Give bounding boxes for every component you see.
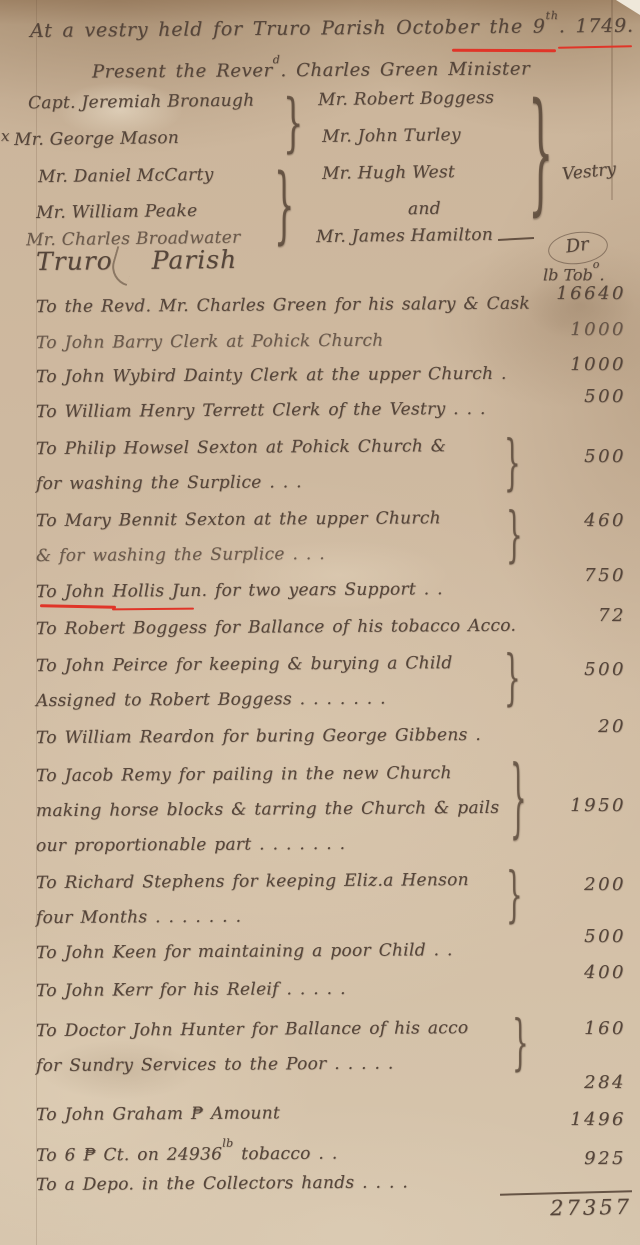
attendee-mid-brace: }	[274, 163, 294, 246]
entry-amount: 750	[516, 565, 626, 586]
entry-line: Assigned to Robert Boggess . . . . . . .	[36, 680, 634, 719]
ledger-entry: To John Hollis Jun. for two years Suppor…	[36, 573, 634, 608]
tobacco-column-header: lb Tobo.	[543, 264, 604, 284]
ledger-entry: To William Henry Terrett Clerk of the Ve…	[36, 393, 634, 428]
entry-amount: 1496	[516, 1109, 626, 1130]
attendee-name: Mr. James Hamilton	[316, 225, 493, 247]
present-line-sup: d	[273, 53, 281, 66]
attendee-mid-brace: }	[283, 90, 303, 154]
check-mark: x	[1, 127, 10, 145]
present-line-text: Present the Rever	[92, 60, 273, 82]
entry-amount: 500	[516, 926, 626, 947]
total-amount: 27357	[502, 1195, 632, 1221]
tobacco-column-header-sup: o	[593, 258, 600, 271]
red-underline-year	[558, 45, 632, 49]
minister-name: . Charles Green Minister	[280, 58, 530, 81]
entry-amount: 72	[516, 605, 626, 626]
entry-amount: 460	[516, 510, 626, 531]
entry-amount: 1000	[516, 354, 626, 375]
header-line1-text: At a vestry held for Truro Parish	[30, 17, 396, 42]
entry-amount: 500	[516, 659, 626, 680]
manuscript-page: At a vestry held for Truro Parish Octobe…	[0, 0, 640, 1245]
section-title-text: Truro Parish	[36, 245, 237, 276]
vestry-brace: }	[528, 88, 553, 220]
entry-line: To Jacob Remy for pailing in the new Chu…	[36, 755, 634, 794]
ledger-entry: To Jacob Remy for pailing in the new Chu…	[36, 757, 634, 862]
entry-line-text: tobacco . .	[233, 1144, 337, 1165]
attendee-and: and	[408, 199, 441, 219]
ledger-entry: To Robert Boggess for Ballance of his to…	[36, 610, 634, 645]
header-date: October the 9	[396, 15, 546, 38]
page-top-right-corner	[616, 0, 640, 15]
ledger-entry: To the Revd. Mr. Charles Green for his s…	[36, 288, 634, 323]
entry-amount: 284	[516, 1072, 626, 1093]
entry-amount: 1950	[516, 795, 626, 816]
attendee-name: Mr. John Turley	[322, 125, 461, 147]
header-line1: At a vestry held for Truro Parish Octobe…	[30, 14, 634, 42]
entry-amount: 400	[516, 962, 626, 983]
attendee-name: Mr. Robert Boggess	[318, 88, 494, 110]
entry-line-text: To 6 ₱ Ct. on 24936	[36, 1144, 222, 1165]
entry-amount: 16640	[516, 283, 626, 304]
entry-amount: 20	[516, 716, 626, 737]
pounds-superscript: lb	[222, 1137, 233, 1150]
ledger-entry: To John Kerr for his Releif . . . . . 40…	[36, 972, 634, 1007]
attendee-name: Capt. Jeremiah Bronaugh	[28, 91, 255, 114]
entry-line: our proportionable part . . . . . . .	[36, 825, 634, 864]
ledger-entry: To Richard Stephens for keeping Eliz.a H…	[36, 864, 634, 934]
tobacco-column-header-text: lb Tob	[543, 265, 593, 284]
attendee-name: Mr. William Peake	[36, 201, 198, 223]
ledger-entry: To Mary Bennit Sexton at the upper Churc…	[36, 502, 634, 572]
vestry-label: Vestry	[561, 159, 617, 185]
entry-amount: 500	[516, 446, 626, 467]
entry-amount: 925	[516, 1148, 626, 1169]
entry-line: for washing the Surplice . . .	[36, 463, 634, 502]
entry-amount: 160	[516, 1018, 626, 1039]
hamilton-dash	[498, 237, 534, 241]
header-date-ordinal: th	[546, 9, 559, 22]
red-underline-date	[452, 49, 556, 53]
ledger-entry: To John Peirce for keeping & burying a C…	[36, 647, 634, 717]
attendee-name: Mr. Daniel McCarty	[38, 165, 214, 187]
tobacco-column-header-dot: .	[599, 265, 604, 284]
attendee-name: Mr. George Mason	[14, 128, 179, 150]
debit-mark: Dr	[546, 228, 609, 267]
present-line: Present the Reverd. Charles Green Minist…	[92, 57, 530, 82]
section-title: Truro Parish	[36, 245, 237, 276]
attendee-name: Mr. Hugh West	[322, 162, 455, 184]
entry-amount: 1000	[516, 319, 626, 340]
entry-amount: 200	[516, 874, 626, 895]
header-year: . 1749.	[559, 15, 634, 38]
entry-amount: 500	[516, 386, 626, 407]
ledger-entry: To Philip Howsel Sexton at Pohick Church…	[36, 430, 634, 500]
debit-mark-text: Dr	[565, 234, 590, 258]
ledger-entry: To William Reardon for buring George Gib…	[36, 719, 634, 754]
